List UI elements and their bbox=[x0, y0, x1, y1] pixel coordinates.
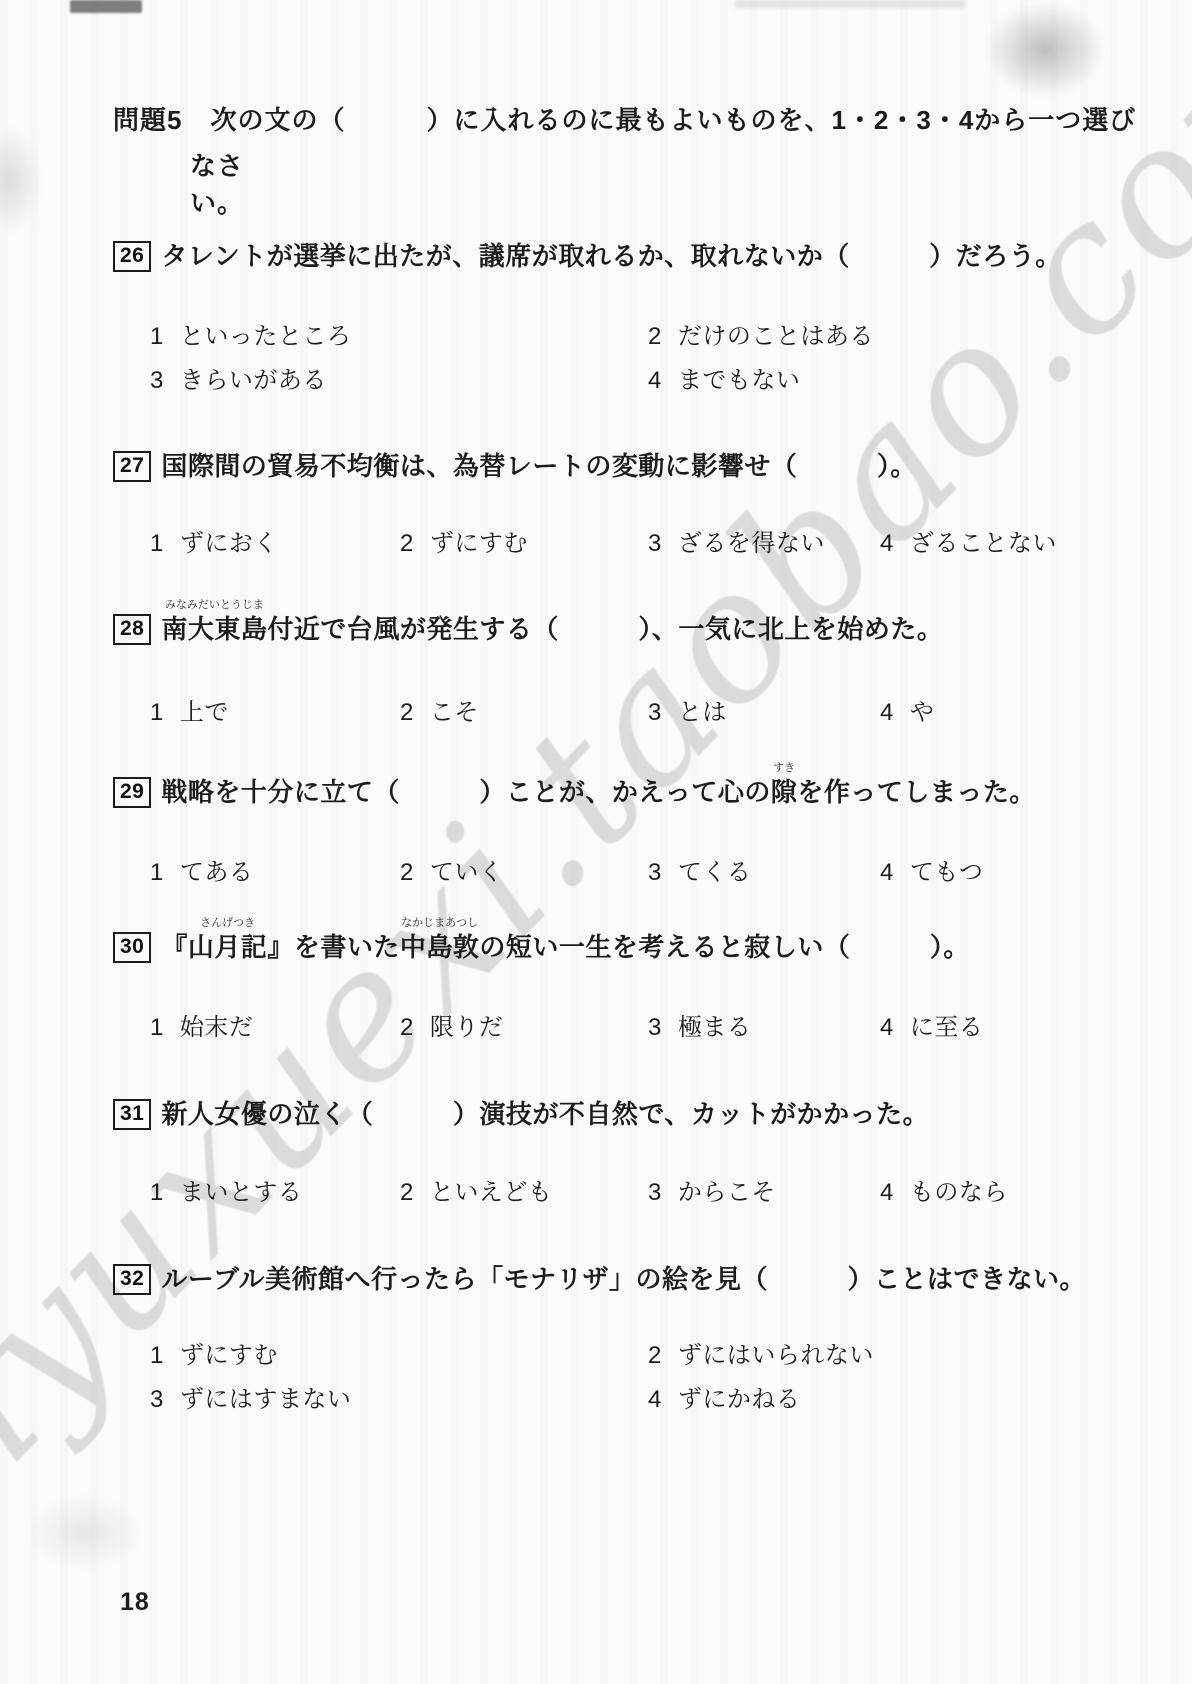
option-number: 3 bbox=[648, 859, 662, 887]
option-number: 2 bbox=[648, 1342, 662, 1370]
question-30-option-3: 3極まる bbox=[648, 1007, 751, 1042]
stem-text: 戦略を十分に立て（ ）ことが、かえって心のすき隙を作ってしまった。 bbox=[161, 776, 1036, 809]
option-number: 1 bbox=[150, 859, 164, 887]
question-29-option-4: 4てもつ bbox=[880, 852, 983, 887]
scan-artifact-top-right bbox=[985, 2, 1105, 97]
question-28-option-4: 4や bbox=[880, 692, 934, 727]
option-number: 2 bbox=[400, 1014, 414, 1042]
question-32-option-4: 4ずにかねる bbox=[648, 1379, 800, 1414]
question-31-option-4: 4ものなら bbox=[880, 1172, 1008, 1207]
question-27-option-4: 4ざることない bbox=[880, 523, 1057, 558]
furigana-text: みなみだいとうじま bbox=[165, 599, 264, 613]
option-label: ざるを得ない bbox=[678, 530, 825, 557]
question-number-box: 31 bbox=[113, 1099, 151, 1130]
question-stem: 27国際間の貿易不均衡は、為替レートの変動に影響せ（ ）。 bbox=[113, 450, 1153, 483]
option-label: きらいがある bbox=[180, 367, 327, 394]
option-label: までもない bbox=[678, 367, 801, 394]
option-number: 1 bbox=[150, 1014, 164, 1042]
option-number: 4 bbox=[880, 1014, 894, 1042]
question-number-box: 26 bbox=[113, 241, 151, 272]
option-label: ものなら bbox=[910, 1179, 1008, 1206]
question-30-option-4: 4に至る bbox=[880, 1007, 983, 1042]
option-number: 2 bbox=[400, 1179, 414, 1207]
question-28: 28みなみだいとうじま南大東島付近で台風が発生する（ ）、一気に北上を始めた。1… bbox=[113, 613, 1153, 738]
question-32: 32ルーブル美術館へ行ったら「モナリザ」の絵を見（ ）ことはできない。1ずにすむ… bbox=[113, 1263, 1153, 1428]
options-row: 1てある2ていく3てくる4てもつ bbox=[113, 852, 1153, 888]
stem-text: ルーブル美術館へ行ったら「モナリザ」の絵を見（ ）ことはできない。 bbox=[161, 1263, 1086, 1296]
stem-text: 『さんげつき山月記』を書いたなかじまあつし中島敦の短い一生を考えると寂しい（ ）… bbox=[161, 931, 970, 964]
option-label: といったところ bbox=[180, 323, 352, 350]
option-number: 3 bbox=[648, 1014, 662, 1042]
question-30: 30『さんげつき山月記』を書いたなかじまあつし中島敦の短い一生を考えると寂しい（… bbox=[113, 931, 1153, 1056]
option-number: 4 bbox=[880, 699, 894, 727]
option-number: 2 bbox=[400, 530, 414, 558]
options-row: 1ずにすむ2ずにはいられない bbox=[113, 1335, 1153, 1371]
option-label: ずにおく bbox=[180, 530, 278, 557]
option-label: とは bbox=[678, 699, 727, 726]
question-stem: 30『さんげつき山月記』を書いたなかじまあつし中島敦の短い一生を考えると寂しい（… bbox=[113, 931, 1153, 964]
question-26-option-1: 1といったところ bbox=[150, 316, 351, 351]
question-29: 29戦略を十分に立て（ ）ことが、かえって心のすき隙を作ってしまった。1てある2… bbox=[113, 776, 1153, 896]
section-title: 問題5 bbox=[113, 105, 182, 135]
option-number: 1 bbox=[150, 323, 164, 351]
ruby-base: さんげつき山月記 bbox=[188, 931, 268, 964]
question-27-option-1: 1ずにおく bbox=[150, 523, 278, 558]
option-label: ずにはいられない bbox=[678, 1342, 874, 1369]
options-row: 3きらいがある4までもない bbox=[113, 360, 1153, 396]
option-label: てもつ bbox=[910, 859, 984, 886]
options-row: 1始末だ2限りだ3極まる4に至る bbox=[113, 1007, 1153, 1043]
option-number: 2 bbox=[648, 323, 662, 351]
instructions-line2: なさい。 bbox=[190, 146, 244, 220]
option-label: てある bbox=[180, 859, 254, 886]
question-stem: 28みなみだいとうじま南大東島付近で台風が発生する（ ）、一気に北上を始めた。 bbox=[113, 613, 1153, 646]
question-26-option-2: 2だけのことはある bbox=[648, 316, 874, 351]
question-stem: 26タレントが選挙に出たが、議席が取れるか、取れないか（ ）だろう。 bbox=[113, 240, 1153, 273]
option-label: 極まる bbox=[678, 1014, 752, 1041]
option-label: まいとする bbox=[180, 1179, 303, 1206]
option-label: ずにすむ bbox=[180, 1342, 278, 1369]
ruby-base: なかじまあつし中島敦 bbox=[400, 931, 480, 964]
question-29-option-2: 2ていく bbox=[400, 852, 503, 887]
question-27: 27国際間の貿易不均衡は、為替レートの変動に影響せ（ ）。1ずにおく2ずにすむ3… bbox=[113, 450, 1153, 570]
option-number: 3 bbox=[150, 367, 164, 395]
question-32-option-3: 3ずにはすまない bbox=[150, 1379, 351, 1414]
option-label: や bbox=[910, 699, 935, 726]
question-32-option-1: 1ずにすむ bbox=[150, 1335, 278, 1370]
option-label: ざることない bbox=[910, 530, 1057, 557]
question-stem: 32ルーブル美術館へ行ったら「モナリザ」の絵を見（ ）ことはできない。 bbox=[113, 1263, 1153, 1296]
question-32-option-2: 2ずにはいられない bbox=[648, 1335, 874, 1370]
question-number-box: 27 bbox=[113, 451, 151, 482]
furigana-text: なかじまあつし bbox=[401, 917, 478, 931]
option-label: てくる bbox=[678, 859, 752, 886]
question-30-option-1: 1始末だ bbox=[150, 1007, 253, 1042]
question-28-option-2: 2こそ bbox=[400, 692, 479, 727]
question-27-option-3: 3ざるを得ない bbox=[648, 523, 825, 558]
stem-text: タレントが選挙に出たが、議席が取れるか、取れないか（ ）だろう。 bbox=[161, 240, 1061, 273]
option-number: 4 bbox=[880, 1179, 894, 1207]
question-stem: 31新人女優の泣く（ ）演技が不自然で、カットがかかった。 bbox=[113, 1098, 1153, 1131]
option-number: 1 bbox=[150, 699, 164, 727]
options-row: 1まいとする2といえども3からこそ4ものなら bbox=[113, 1172, 1153, 1208]
scan-artifact-top-left bbox=[70, 0, 142, 13]
option-number: 4 bbox=[648, 367, 662, 395]
option-number: 3 bbox=[648, 699, 662, 727]
stem-text: 新人女優の泣く（ ）演技が不自然で、カットがかかった。 bbox=[161, 1098, 929, 1131]
option-number: 2 bbox=[400, 859, 414, 887]
options-row: 1上で2こそ3とは4や bbox=[113, 692, 1153, 728]
option-label: に至る bbox=[910, 1014, 984, 1041]
option-number: 2 bbox=[400, 699, 414, 727]
question-number-box: 30 bbox=[113, 932, 151, 963]
question-28-option-1: 1上で bbox=[150, 692, 229, 727]
ruby-base: すき隙 bbox=[771, 776, 798, 809]
options-row: 1ずにおく2ずにすむ3ざるを得ない4ざることない bbox=[113, 523, 1153, 559]
document-page: riyuxuexi.taobao.com 問題5次の文の（ ）に入れるのに最もよ… bbox=[0, 0, 1192, 1684]
ruby-base: みなみだいとうじま南大東島 bbox=[161, 613, 267, 646]
question-30-option-2: 2限りだ bbox=[400, 1007, 503, 1042]
question-number-box: 28 bbox=[113, 614, 151, 645]
question-27-option-2: 2ずにすむ bbox=[400, 523, 528, 558]
page-number: 18 bbox=[120, 1588, 150, 1616]
option-label: こそ bbox=[430, 699, 479, 726]
scan-artifact-top-middle bbox=[735, 0, 965, 8]
option-number: 3 bbox=[648, 1179, 662, 1207]
scan-artifact-bottom-left bbox=[25, 1495, 145, 1570]
option-label: ずにかねる bbox=[678, 1386, 801, 1413]
instructions-text: 次の文の（ ）に入れるのに最もよいものを、1・2・3・4から一つ選び bbox=[210, 105, 1136, 135]
question-stem: 29戦略を十分に立て（ ）ことが、かえって心のすき隙を作ってしまった。 bbox=[113, 776, 1153, 809]
question-31-option-2: 2といえども bbox=[400, 1172, 552, 1207]
option-label: 上で bbox=[180, 699, 229, 726]
question-number-box: 32 bbox=[113, 1264, 151, 1295]
option-label: といえども bbox=[430, 1179, 553, 1206]
option-label: ていく bbox=[430, 859, 504, 886]
option-number: 4 bbox=[880, 859, 894, 887]
options-row: 3ずにはすまない4ずにかねる bbox=[113, 1379, 1153, 1415]
option-label: 始末だ bbox=[180, 1014, 254, 1041]
question-31-option-3: 3からこそ bbox=[648, 1172, 776, 1207]
option-number: 4 bbox=[648, 1386, 662, 1414]
question-26-option-3: 3きらいがある bbox=[150, 360, 327, 395]
option-number: 3 bbox=[150, 1386, 164, 1414]
option-label: からこそ bbox=[678, 1179, 776, 1206]
question-26-option-4: 4までもない bbox=[648, 360, 800, 395]
question-28-option-3: 3とは bbox=[648, 692, 727, 727]
option-label: 限りだ bbox=[430, 1014, 504, 1041]
question-29-option-1: 1てある bbox=[150, 852, 253, 887]
question-31-option-1: 1まいとする bbox=[150, 1172, 302, 1207]
option-number: 1 bbox=[150, 1179, 164, 1207]
options-row: 1といったところ2だけのことはある bbox=[113, 316, 1153, 352]
stem-text: 国際間の貿易不均衡は、為替レートの変動に影響せ（ ）。 bbox=[161, 450, 917, 483]
option-label: だけのことはある bbox=[678, 323, 874, 350]
option-number: 4 bbox=[880, 530, 894, 558]
option-number: 1 bbox=[150, 530, 164, 558]
page-footer: 18 bbox=[120, 1588, 150, 1617]
option-number: 3 bbox=[648, 530, 662, 558]
furigana-text: さんげつき bbox=[200, 917, 255, 931]
question-number-box: 29 bbox=[113, 777, 151, 808]
question-29-option-3: 3てくる bbox=[648, 852, 751, 887]
question-26: 26タレントが選挙に出たが、議席が取れるか、取れないか（ ）だろう。1といったと… bbox=[113, 240, 1153, 410]
furigana-text: すき bbox=[773, 762, 795, 776]
instructions-line1: 問題5次の文の（ ）に入れるのに最もよいものを、1・2・3・4から一つ選び bbox=[113, 100, 1113, 137]
stem-text: みなみだいとうじま南大東島付近で台風が発生する（ ）、一気に北上を始めた。 bbox=[161, 613, 943, 646]
scan-artifact-left-edge bbox=[0, 125, 42, 235]
option-number: 1 bbox=[150, 1342, 164, 1370]
option-label: ずにはすまない bbox=[180, 1386, 352, 1413]
question-31: 31新人女優の泣く（ ）演技が不自然で、カットがかかった。1まいとする2といえど… bbox=[113, 1098, 1153, 1218]
option-label: ずにすむ bbox=[430, 530, 528, 557]
